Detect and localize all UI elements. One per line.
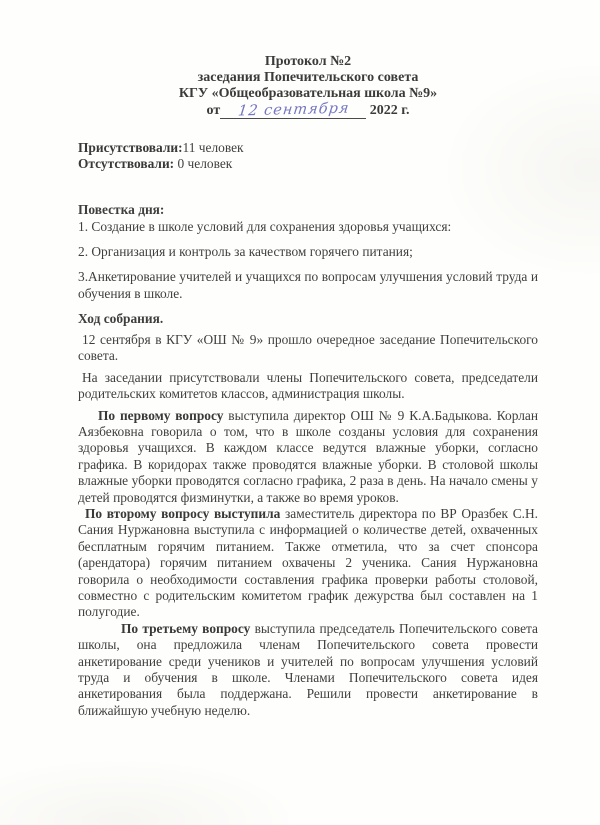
attendance-block: Присутствовали:11 человек Отсутствовали:… — [78, 140, 538, 173]
agenda-title: Повестка дня: — [78, 202, 538, 218]
date-line: от12 сентября 2022 г. — [78, 103, 538, 119]
organization-name: КГУ «Общеобразовательная школа №9» — [78, 86, 538, 102]
paragraph-attendees: На заседании присутствовали члены Попечи… — [78, 370, 538, 403]
absent-value: 0 человек — [174, 156, 232, 171]
paragraph-question-1: По первому вопросу выступила директор ОШ… — [78, 408, 538, 506]
absent-line: Отсутствовали: 0 человек — [78, 156, 538, 173]
scanned-document-page: Протокол №2 заседания Попечительского со… — [0, 0, 600, 825]
paragraph-question-3: По третьему вопросу выступила председате… — [78, 621, 538, 719]
agenda-item-3: 3.Анкетирование учителей и учащихся по в… — [78, 269, 538, 302]
paragraph-lead-bold: По третьему вопросу — [121, 621, 250, 636]
date-prefix: от — [207, 103, 221, 118]
present-line: Присутствовали:11 человек — [78, 140, 538, 157]
meeting-section-title: Ход собрания. — [78, 311, 538, 327]
document-header: Протокол №2 заседания Попечительского со… — [78, 54, 538, 119]
present-label: Присутствовали: — [78, 140, 183, 155]
handwritten-date: 12 сентября — [237, 101, 350, 119]
paragraph-text: 12 сентября в КГУ «ОШ № 9» прошло очеред… — [78, 332, 538, 363]
paragraph-text: На заседании присутствовали члены Попечи… — [78, 370, 538, 401]
meeting-body: 12 сентября в КГУ «ОШ № 9» прошло очеред… — [78, 332, 538, 719]
paragraph-question-2: По второму вопросу выступила заместитель… — [78, 506, 538, 621]
date-year: 2022 г. — [370, 103, 410, 118]
paragraph-lead-bold: По первому вопросу — [98, 408, 223, 423]
absent-label: Отсутствовали: — [78, 156, 174, 171]
paragraph-opening: 12 сентября в КГУ «ОШ № 9» прошло очеред… — [78, 332, 538, 365]
agenda-block: Повестка дня: 1. Создание в школе услови… — [78, 202, 538, 302]
paragraph-text: заместитель директора по ВР Оразбек С.Н.… — [78, 506, 538, 619]
document-subtitle: заседания Попечительского совета — [78, 70, 538, 86]
agenda-item-1: 1. Создание в школе условий для сохранен… — [78, 219, 538, 235]
agenda-item-2: 2. Организация и контроль за качеством г… — [78, 244, 538, 260]
paragraph-lead-bold: По второму вопросу выступила — [85, 506, 280, 521]
document-title: Протокол №2 — [78, 54, 538, 70]
present-value: 11 человек — [183, 140, 244, 155]
date-blank-underline: 12 сентября — [220, 103, 366, 119]
